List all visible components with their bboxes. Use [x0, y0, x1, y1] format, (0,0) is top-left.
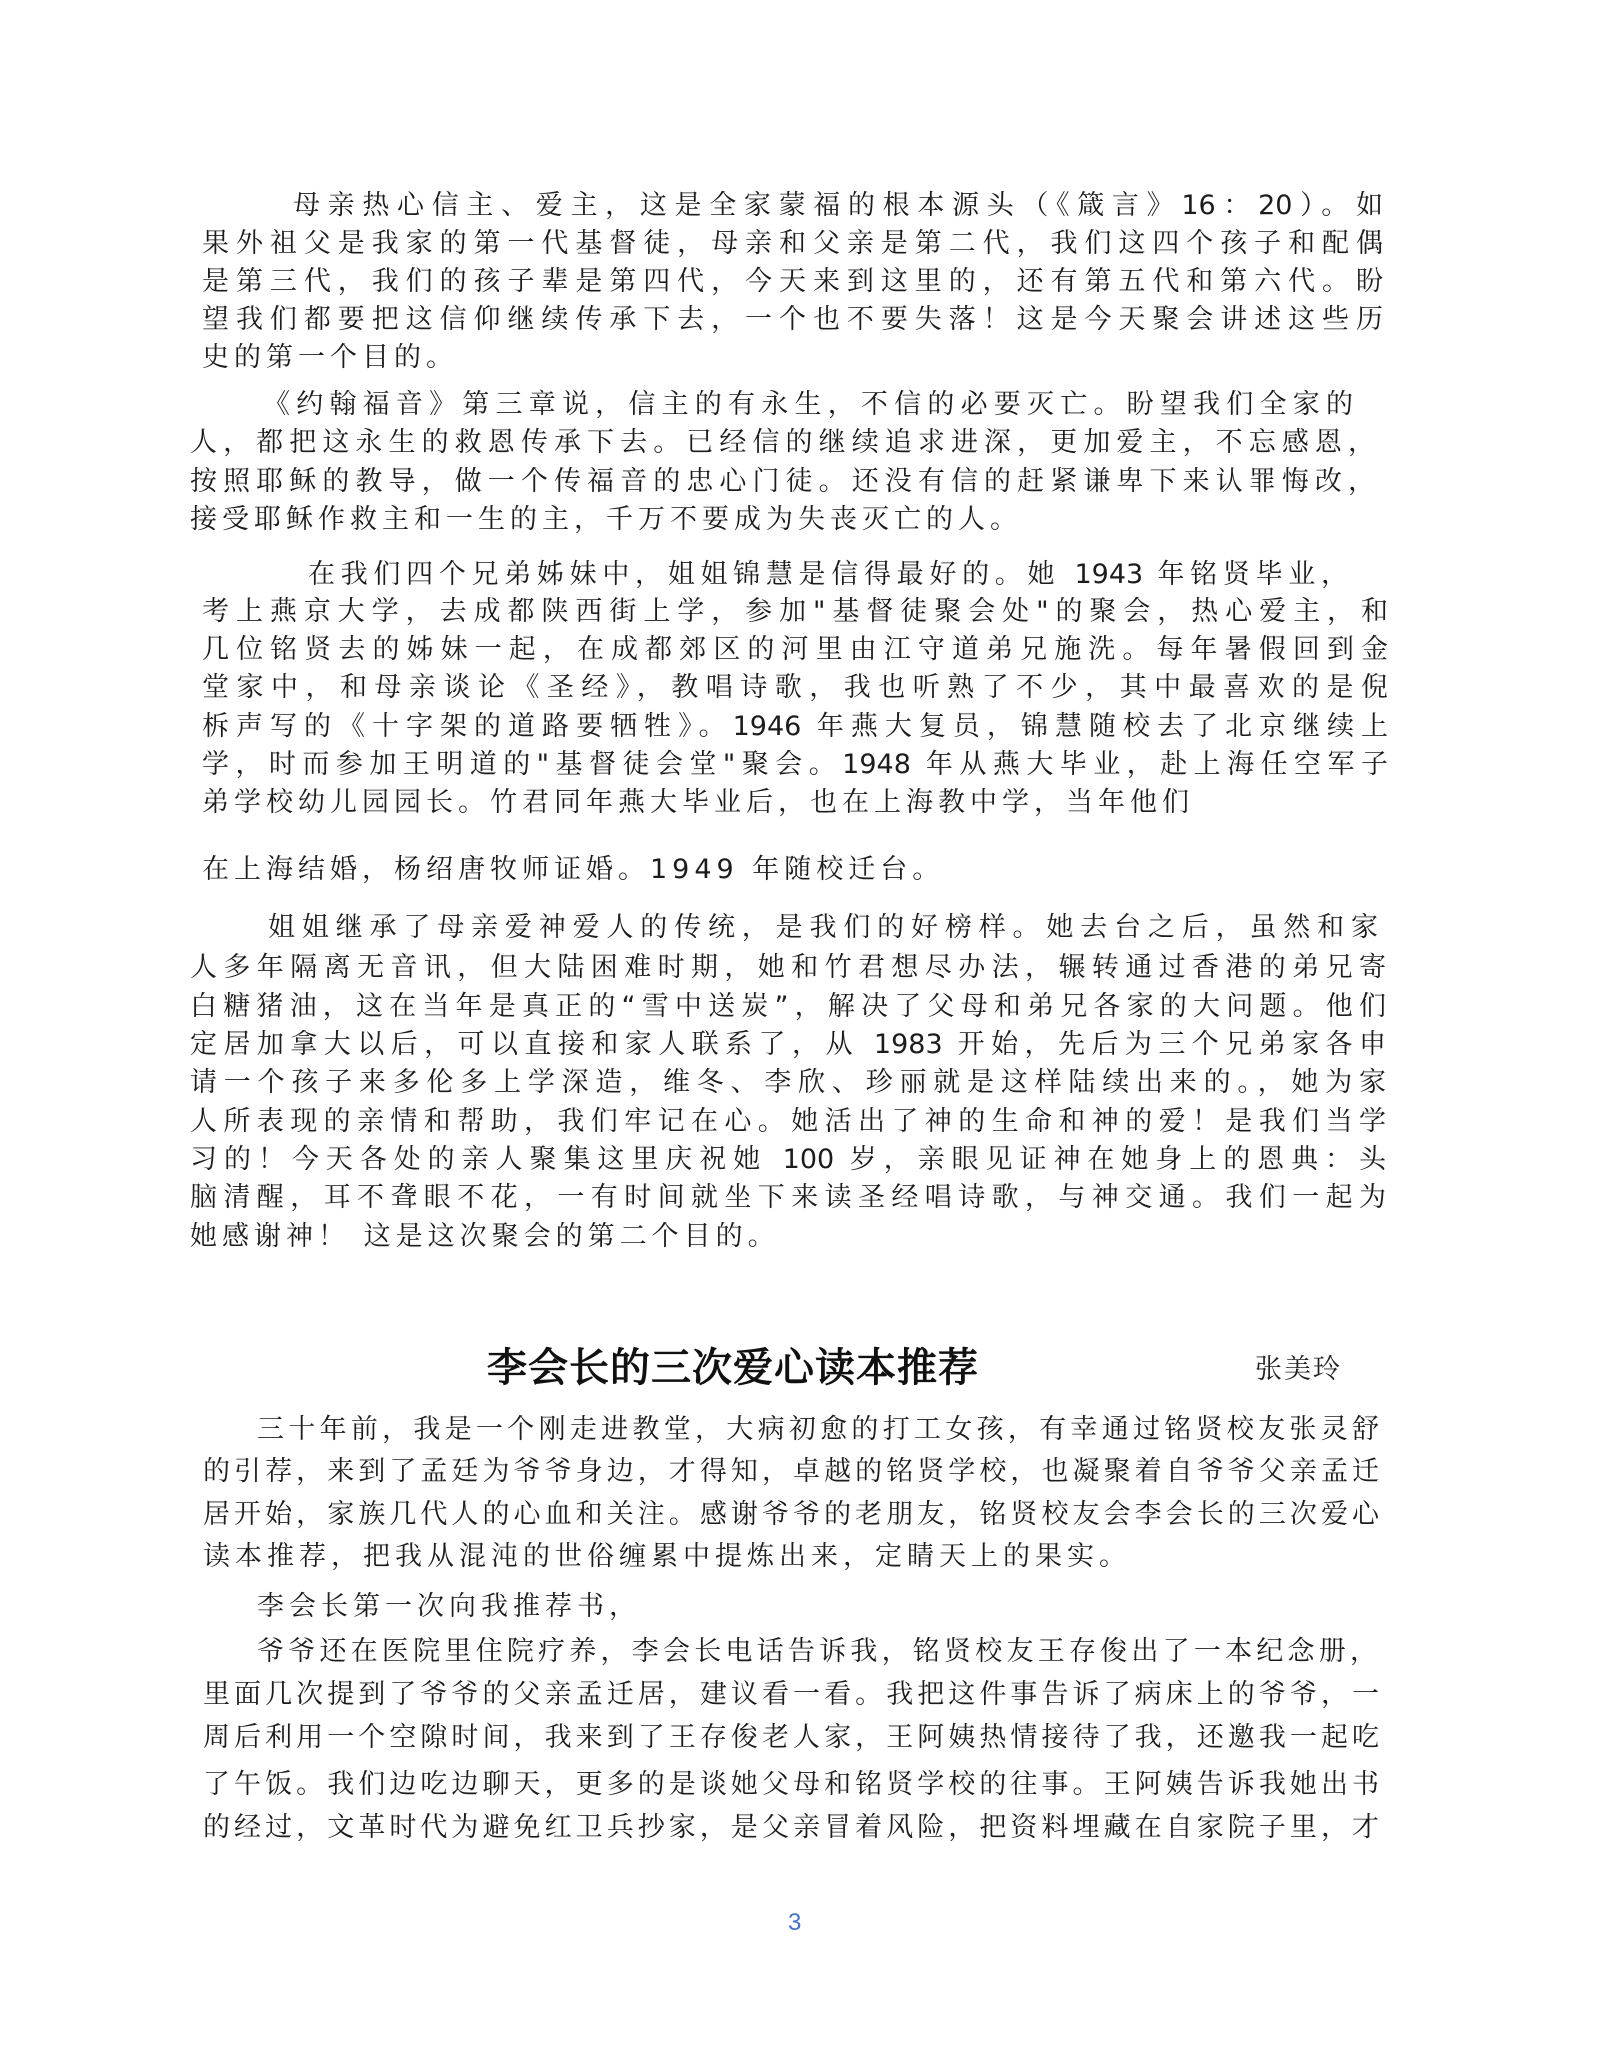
text-line: 姐姐继承了母亲爱神爱人的传统，是我们的好榜样。她去台之后，虽然和家 — [268, 911, 1378, 945]
text-line: 习的！今天各处的亲人聚集这里庆祝她 100 岁，亲眼见证神在她身上的恩典：头 — [190, 1143, 1386, 1177]
text-line: 她感谢神！ 这是这次聚会的第二个目的。 — [190, 1220, 1386, 1254]
document-page: 母亲热心信主、爱主，这是全家蒙福的根本源头（《箴言》16：20）。如 果外祖父是… — [0, 0, 1600, 2071]
text-line: 定居加拿大以后，可以直接和家人联系了，从 1983 开始，先后为三个兄弟家各申 — [190, 1028, 1386, 1062]
text-line: 按照耶稣的教导，做一个传福音的忠心门徒。还没有信的赶紧谦卑下来认罪悔改， — [190, 465, 1375, 499]
text-line: 里面几次提到了爷爷的父亲孟迁居，建议看一看。我把这件事告诉了病床上的爷爷，一 — [203, 1678, 1379, 1712]
text-line: 人，都把这永生的救恩传承下去。已经信的继续追求进深，更加爱主，不忘感恩， — [190, 426, 1375, 460]
text-line: 是第三代，我们的孩子辈是第四代，今天来到这里的，还有第五代和第六代。盼 — [202, 265, 1383, 299]
text-line: 读本推荐，把我从混沌的世俗缠累中提炼出来，定睛天上的果实。 — [203, 1540, 1379, 1574]
article-author: 张美玲 — [1255, 1350, 1342, 1390]
text-line: 人所表现的亲情和帮助，我们牢记在心。她活出了神的生命和神的爱！是我们当学 — [190, 1105, 1386, 1139]
text-line: 《约翰福音》第三章说，信主的有永生，不信的必要灭亡。盼望我们全家的 — [263, 388, 1353, 422]
text-line: 脑清醒，耳不聋眼不花，一有时间就坐下来读圣经唱诗歌，与神交通。我们一起为 — [190, 1181, 1386, 1215]
text-line: 果外祖父是我家的第一代基督徒，母亲和父亲是第二代，我们这四个孩子和配偶 — [202, 227, 1383, 261]
text-line: 堂家中，和母亲谈论《圣经》，教唱诗歌，我也听熟了不少，其中最喜欢的是倪 — [202, 671, 1388, 705]
text-line: 的引荐，来到了孟廷为爷爷身边，才得知，卓越的铭贤学校，也凝聚着自爷爷父亲孟迁 — [203, 1455, 1379, 1489]
text-line: 周后利用一个空隙时间，我来到了王存俊老人家，王阿姨热情接待了我，还邀我一起吃 — [203, 1721, 1379, 1755]
text-line: 弟学校幼儿园园长。竹君同年燕大毕业后，也在上海教中学，当年他们 — [202, 786, 1388, 820]
text-line: 了午饭。我们边吃边聊天，更多的是谈她父母和铭贤学校的往事。王阿姨告诉我她出书 — [203, 1768, 1379, 1802]
text-line: 学，时而参加王明道的"基督徒会堂"聚会。1948 年从燕大毕业，赴上海任空军子 — [202, 748, 1388, 782]
text-line: 母亲热心信主、爱主，这是全家蒙福的根本源头（《箴言》16：20）。如 — [293, 189, 1383, 223]
text-line: 考上燕京大学，去成都陕西街上学，参加"基督徒聚会处"的聚会，热心爱主，和 — [202, 595, 1388, 629]
page-number: 3 — [788, 1908, 801, 1938]
text-line: 史的第一个目的。 — [202, 341, 1383, 375]
text-line: 在上海结婚，杨绍唐牧师证婚。1949 年随校迁台。 — [202, 853, 1388, 887]
text-line: 居开始，家族几代人的心血和关注。感谢爷爷的老朋友，铭贤校友会李会长的三次爱心 — [203, 1498, 1379, 1532]
text-line: 三十年前，我是一个刚走进教堂，大病初愈的打工女孩，有幸通过铭贤校友张灵舒 — [257, 1413, 1379, 1447]
text-line: 望我们都要把这信仰继续传承下去，一个也不要失落！这是今天聚会讲述这些历 — [202, 303, 1383, 337]
text-line: 李会长第一次向我推荐书， — [257, 1590, 1379, 1624]
article-title: 李会长的三次爱心读本推荐 — [487, 1342, 1087, 1394]
text-line: 柝声写的《十字架的道路要牺牲》。1946 年燕大复员，锦慧随校去了北京继续上 — [202, 710, 1388, 744]
text-line: 在我们四个兄弟姊妹中，姐姐锦慧是信得最好的。她 1943 年铭贤毕业， — [308, 558, 1348, 592]
text-line: 人多年隔离无音讯，但大陆困难时期，她和竹君想尽办法，辗转通过香港的弟兄寄 — [190, 951, 1386, 985]
text-line: 爷爷还在医院里住院疗养，李会长电话告诉我，铭贤校友王存俊出了一本纪念册， — [257, 1635, 1377, 1669]
text-line: 的经过，文革时代为避免红卫兵抄家，是父亲冒着风险，把资料埋藏在自家院子里，才 — [203, 1811, 1379, 1845]
text-line: 请一个孩子来多伦多上学深造，维冬、李欣、珍丽就是这样陆续出来的。，她为家 — [190, 1066, 1386, 1100]
text-line: 几位铭贤去的姊妹一起，在成都郊区的河里由江守道弟兄施洗。每年暑假回到金 — [202, 633, 1388, 667]
text-line: 白糖猪油，这在当年是真正的“雪中送炭”，解决了父母和弟兄各家的大问题。他们 — [190, 990, 1386, 1024]
text-line: 接受耶稣作救主和一生的主，千万不要成为失丧灭亡的人。 — [190, 503, 1375, 537]
